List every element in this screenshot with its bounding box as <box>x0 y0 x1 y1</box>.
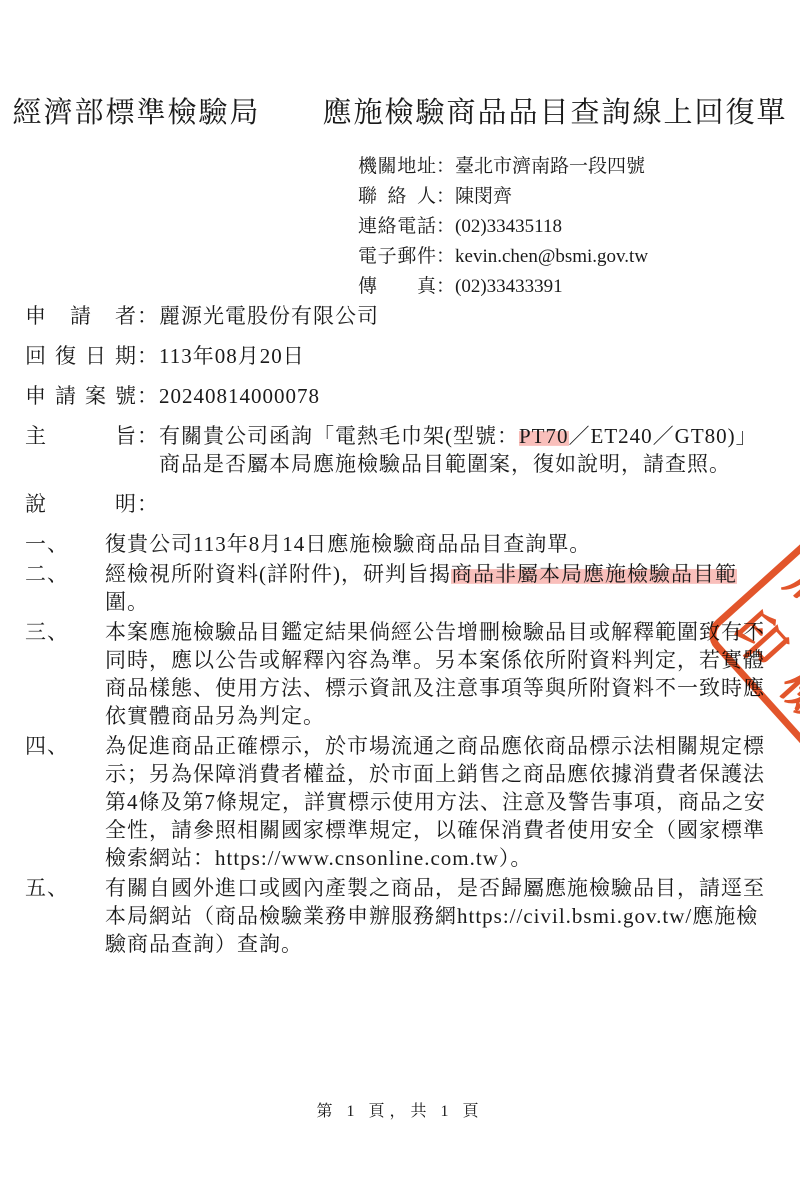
field-case-number: 申請案號：20240814000078 <box>25 382 775 410</box>
contact-row-address: 機關地址：臺北市濟南路一段四號 <box>358 152 648 182</box>
field-description-label: 說明： <box>25 490 775 518</box>
colon: ： <box>137 382 159 410</box>
field-value: 20240814000078 <box>159 382 775 410</box>
list-item-1: 一、 復貴公司113年8月14日應施檢驗商品品目查詢單。 <box>25 530 775 558</box>
colon: ： <box>137 422 159 478</box>
document-body: 申請者：麗源光電股份有限公司 回復日期：113年08月20日 申請案號：2024… <box>25 302 775 960</box>
field-label: 回復日期 <box>25 342 137 370</box>
field-label: 主旨 <box>25 422 137 478</box>
item-text: 復貴公司113年8月14日應施檢驗商品品目查詢單。 <box>105 530 775 558</box>
contact-row-person: 聯絡人：陳閔齊 <box>358 182 648 212</box>
contact-value: 臺北市濟南路一段四號 <box>455 152 645 182</box>
contact-value: (02)33435118 <box>455 212 562 242</box>
contact-row-phone: 連絡電話：(02)33435118 <box>358 212 648 242</box>
colon: ： <box>436 182 455 212</box>
colon: ： <box>137 490 159 518</box>
description-items: 一、 復貴公司113年8月14日應施檢驗商品品目查詢單。 二、 經檢視所附資料(… <box>25 530 775 958</box>
contact-row-email: 電子郵件：kevin.chen@bsmi.gov.tw <box>358 242 648 272</box>
item-number: 四、 <box>25 732 105 872</box>
item-text: 經檢視所附資料(詳附件)，研判旨揭商品非屬本局應施檢驗品目範圍。 <box>105 560 775 616</box>
item-number: 五、 <box>25 874 105 958</box>
list-item-3: 三、 本案應施檢驗品目鑑定結果倘經公告增刪檢驗品目或解釋範圍致有不同時，應以公告… <box>25 618 775 730</box>
item-segment: 經檢視所附資料(詳附件)，研判旨揭 <box>105 562 451 586</box>
field-value: 麗源光電股份有限公司 <box>159 302 775 330</box>
contact-label: 機關地址 <box>358 152 436 182</box>
item-text: 有關自國外進口或國內產製之商品，是否歸屬應施檢驗品目，請逕至本局網站（商品檢驗業… <box>105 874 775 958</box>
list-item-2: 二、 經檢視所附資料(詳附件)，研判旨揭商品非屬本局應施檢驗品目範圍。 <box>25 560 775 616</box>
contact-value: (02)33433391 <box>455 272 563 302</box>
field-applicant: 申請者：麗源光電股份有限公司 <box>25 302 775 330</box>
item-text: 為促進商品正確標示，於市場流通之商品應依商品標示法相關規定標示；另為保障消費者權… <box>105 732 775 872</box>
item-highlight: 商品非屬本局應施檢驗品目範 <box>451 562 737 586</box>
colon: ： <box>436 272 455 302</box>
subject-pre: 有關貴公司函詢「電熱毛巾架(型號： <box>159 424 519 448</box>
list-item-5: 五、 有關自國外進口或國內產製之商品，是否歸屬應施檢驗品目，請逕至本局網站（商品… <box>25 874 775 958</box>
page-footer: 第 1 頁，共 1 頁 <box>0 1098 800 1121</box>
subject-text: 有關貴公司函詢「電熱毛巾架(型號：PT70／ET240／GT80)」商品是否屬本… <box>159 422 775 478</box>
colon: ： <box>436 152 455 182</box>
page-title: 經濟部標準檢驗局 應施檢驗商品品目查詢線上回復單 <box>0 90 800 131</box>
field-value: 113年08月20日 <box>159 342 775 370</box>
field-label: 說明 <box>25 490 137 518</box>
item-segment: 為促進商品正確標示，於市場流通之商品應依商品標示法相關規定標示；另為保障消費者權… <box>105 734 766 870</box>
contact-block: 機關地址：臺北市濟南路一段四號 聯絡人：陳閔齊 連絡電話：(02)3343511… <box>358 152 648 302</box>
contact-label: 聯絡人 <box>358 182 436 212</box>
item-segment: 有關自國外進口或國內產製之商品，是否歸屬應施檢驗品目，請逕至本局網站（商品檢驗業… <box>105 876 765 956</box>
contact-value: 陳閔齊 <box>455 182 512 212</box>
contact-label: 傳真 <box>358 272 436 302</box>
item-segment: 圍。 <box>105 590 149 614</box>
item-number: 一、 <box>25 530 105 558</box>
list-item-4: 四、 為促進商品正確標示，於市場流通之商品應依商品標示法相關規定標示；另為保障消… <box>25 732 775 872</box>
item-segment: 復貴公司113年8月14日應施檢驗商品品目查詢單。 <box>105 532 591 556</box>
subject-highlight: PT70 <box>519 424 569 448</box>
colon: ： <box>137 302 159 330</box>
item-text: 本案應施檢驗品目鑑定結果倘經公告增刪檢驗品目或解釋範圍致有不同時，應以公告或解釋… <box>105 618 775 730</box>
field-reply-date: 回復日期：113年08月20日 <box>25 342 775 370</box>
contact-row-fax: 傳真：(02)33433391 <box>358 272 648 302</box>
document-page: 經濟部標準檢驗局 應施檢驗商品品目查詢線上回復單 機關地址：臺北市濟南路一段四號… <box>0 0 800 1200</box>
field-label: 申請案號 <box>25 382 137 410</box>
contact-label: 電子郵件 <box>358 242 436 272</box>
colon: ： <box>436 212 455 242</box>
field-label: 申請者 <box>25 302 137 330</box>
colon: ： <box>137 342 159 370</box>
contact-label: 連絡電話 <box>358 212 436 242</box>
item-number: 三、 <box>25 618 105 730</box>
contact-value: kevin.chen@bsmi.gov.tw <box>455 242 648 272</box>
item-segment: 本案應施檢驗品目鑑定結果倘經公告增刪檢驗品目或解釋範圍致有不同時，應以公告或解釋… <box>105 620 765 728</box>
colon: ： <box>436 242 455 272</box>
item-number: 二、 <box>25 560 105 616</box>
field-subject: 主旨：有關貴公司函詢「電熱毛巾架(型號：PT70／ET240／GT80)」商品是… <box>25 422 775 478</box>
